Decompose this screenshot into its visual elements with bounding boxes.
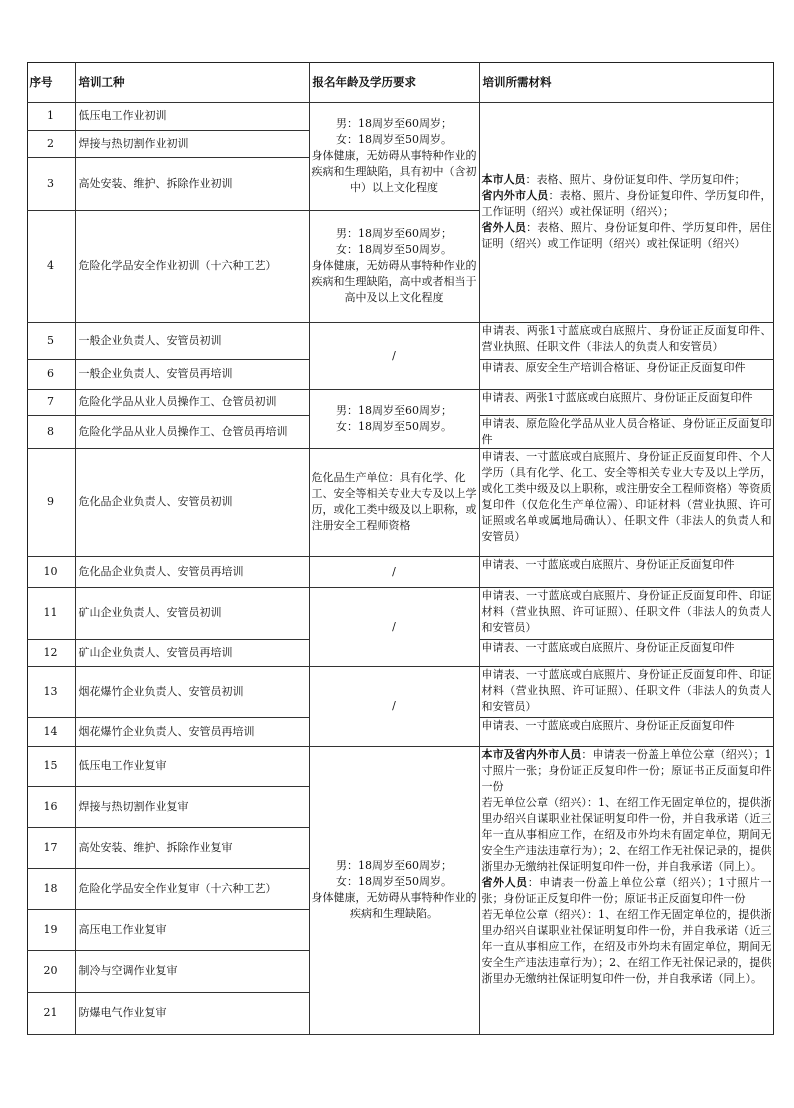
training-type: 低压电工作业复审 [76,747,310,787]
row-number: 12 [27,640,76,667]
row-number: 6 [27,360,76,390]
material-cell: 申请表、一寸蓝底或白底照片、身份证正反面复印件、个人学历（具有化学、化工、安全等… [480,449,774,557]
material-cell: 申请表、两张1寸蓝底或白底照片、身份证正反面复印件 [480,390,774,416]
material-group-label: 本市及省内外市人员 [482,748,582,761]
material-cell: 本市人员：表格、照片、身份证复印件、学历复印件；省内外市人员：表格、照片、身份证… [480,103,774,323]
training-type: 防爆电气作业复审 [76,993,310,1035]
header-materials: 培训所需材料 [480,62,774,103]
training-type: 高压电工作业复审 [76,910,310,951]
training-type: 焊接与热切割作业初训 [76,131,310,158]
requirement-text: 男：18周岁至60周岁； 女：18周岁至50周岁。 身体健康，无妨碍从事特种作业… [312,226,477,306]
training-type: 烟花爆竹企业负责人、安管员初训 [76,667,310,718]
training-type: 低压电工作业初训 [76,103,310,131]
row-number: 18 [27,869,76,910]
training-type: 高处安装、维护、拆除作业复审 [76,828,310,869]
training-type: 危险化学品从业人员操作工、仓管员再培训 [76,416,310,449]
row-number: 11 [27,588,76,640]
material-group-text: ：表格、照片、身份证复印件、学历复印件； [526,173,746,186]
requirement-text: 男：18周岁至60周岁； 女：18周岁至50周岁。 身体健康，无妨碍从事特种作业… [312,116,477,196]
training-type: 危险化学品从业人员操作工、仓管员初训 [76,390,310,416]
requirement-text: / [392,564,396,580]
requirement-text: 危化品生产单位：具有化学、化工、安全等相关专业大专及以上学历，或化工类中级及以上… [312,470,477,534]
requirement-text: 男：18周岁至60周岁； 女：18周岁至50周岁。 [336,403,452,435]
training-type: 危化品企业负责人、安管员初训 [76,449,310,557]
requirement-cell: / [310,557,480,588]
row-number: 7 [27,390,76,416]
requirement-cell: / [310,667,480,747]
material-text: 本市及省内外市人员：申请表一份盖上单位公章（绍兴）；1寸照片一张；身份证正反复印… [482,747,772,987]
requirement-cell: 男：18周岁至60周岁； 女：18周岁至50周岁。 [310,390,480,449]
row-number: 14 [27,718,76,747]
material-cell: 申请表、一寸蓝底或白底照片、身份证正反面复印件 [480,640,774,667]
training-type: 一般企业负责人、安管员初训 [76,323,310,360]
material-group-text: 若无单位公章（绍兴）：1、在绍工作无固定单位的，提供浙里办绍兴自谋职业社保证明复… [482,796,772,873]
requirement-text: / [392,619,396,635]
header-training-type: 培训工种 [76,62,310,103]
header-number: 序号 [27,62,76,103]
training-type: 危险化学品安全作业复审（十六种工艺） [76,869,310,910]
training-type: 危化品企业负责人、安管员再培训 [76,557,310,588]
training-requirements-table: 序号培训工种报名年龄及学历要求培训所需材料1低压电工作业初训2焊接与热切割作业初… [27,62,774,1035]
row-number: 19 [27,910,76,951]
row-number: 15 [27,747,76,787]
training-type: 高处安装、维护、拆除作业初训 [76,158,310,211]
material-group-label: 本市人员 [482,173,526,186]
requirement-cell: / [310,588,480,667]
material-cell: 申请表、两张1寸蓝底或白底照片、身份证正反面复印件、营业执照、任职文件（非法人的… [480,323,774,360]
row-number: 8 [27,416,76,449]
row-number: 3 [27,158,76,211]
training-type: 矿山企业负责人、安管员初训 [76,588,310,640]
row-number: 5 [27,323,76,360]
material-group-label: 省外人员 [482,876,528,889]
requirement-cell: 男：18周岁至60周岁； 女：18周岁至50周岁。 身体健康，无妨碍从事特种作业… [310,747,480,1035]
material-group-label: 省外人员 [482,221,527,234]
material-cell: 申请表、一寸蓝底或白底照片、身份证正反面复印件、印证材料（营业执照、许可证照）、… [480,667,774,718]
row-number: 10 [27,557,76,588]
row-number: 16 [27,787,76,828]
requirement-cell: 男：18周岁至60周岁； 女：18周岁至50周岁。 身体健康，无妨碍从事特种作业… [310,211,480,323]
material-cell: 申请表、一寸蓝底或白底照片、身份证正反面复印件 [480,718,774,747]
training-type: 危险化学品安全作业初训（十六种工艺） [76,211,310,323]
training-type: 烟花爆竹企业负责人、安管员再培训 [76,718,310,747]
material-cell: 申请表、一寸蓝底或白底照片、身份证正反面复印件、印证材料（营业执照、许可证照）、… [480,588,774,640]
training-type: 一般企业负责人、安管员再培训 [76,360,310,390]
row-number: 2 [27,131,76,158]
requirement-text: / [392,698,396,714]
row-number: 4 [27,211,76,323]
row-number: 1 [27,103,76,131]
training-type: 焊接与热切割作业复审 [76,787,310,828]
material-text: 本市人员：表格、照片、身份证复印件、学历复印件；省内外市人员：表格、照片、身份证… [482,172,772,252]
requirement-cell: 危化品生产单位：具有化学、化工、安全等相关专业大专及以上学历，或化工类中级及以上… [310,449,480,557]
row-number: 9 [27,449,76,557]
row-number: 13 [27,667,76,718]
row-number: 21 [27,993,76,1035]
material-cell: 申请表、原危险化学品从业人员合格证、身份证正反面复印件 [480,416,774,449]
requirement-cell: 男：18周岁至60周岁； 女：18周岁至50周岁。 身体健康，无妨碍从事特种作业… [310,103,480,211]
requirement-text: / [392,348,396,364]
row-number: 20 [27,951,76,993]
material-cell: 本市及省内外市人员：申请表一份盖上单位公章（绍兴）；1寸照片一张；身份证正反复印… [480,747,774,1035]
material-group-label: 省内外市人员 [482,189,549,202]
row-number: 17 [27,828,76,869]
material-cell: 申请表、原安全生产培训合格证、身份证正反面复印件 [480,360,774,390]
header-requirements: 报名年龄及学历要求 [310,62,480,103]
requirement-cell: / [310,323,480,390]
training-type: 制冷与空调作业复审 [76,951,310,993]
material-cell: 申请表、一寸蓝底或白底照片、身份证正反面复印件 [480,557,774,588]
requirement-text: 男：18周岁至60周岁； 女：18周岁至50周岁。 身体健康，无妨碍从事特种作业… [312,858,477,922]
material-group-text: 若无单位公章（绍兴）：1、在绍工作无固定单位的，提供浙里办绍兴自谋职业社保证明复… [482,908,772,985]
training-type: 矿山企业负责人、安管员再培训 [76,640,310,667]
